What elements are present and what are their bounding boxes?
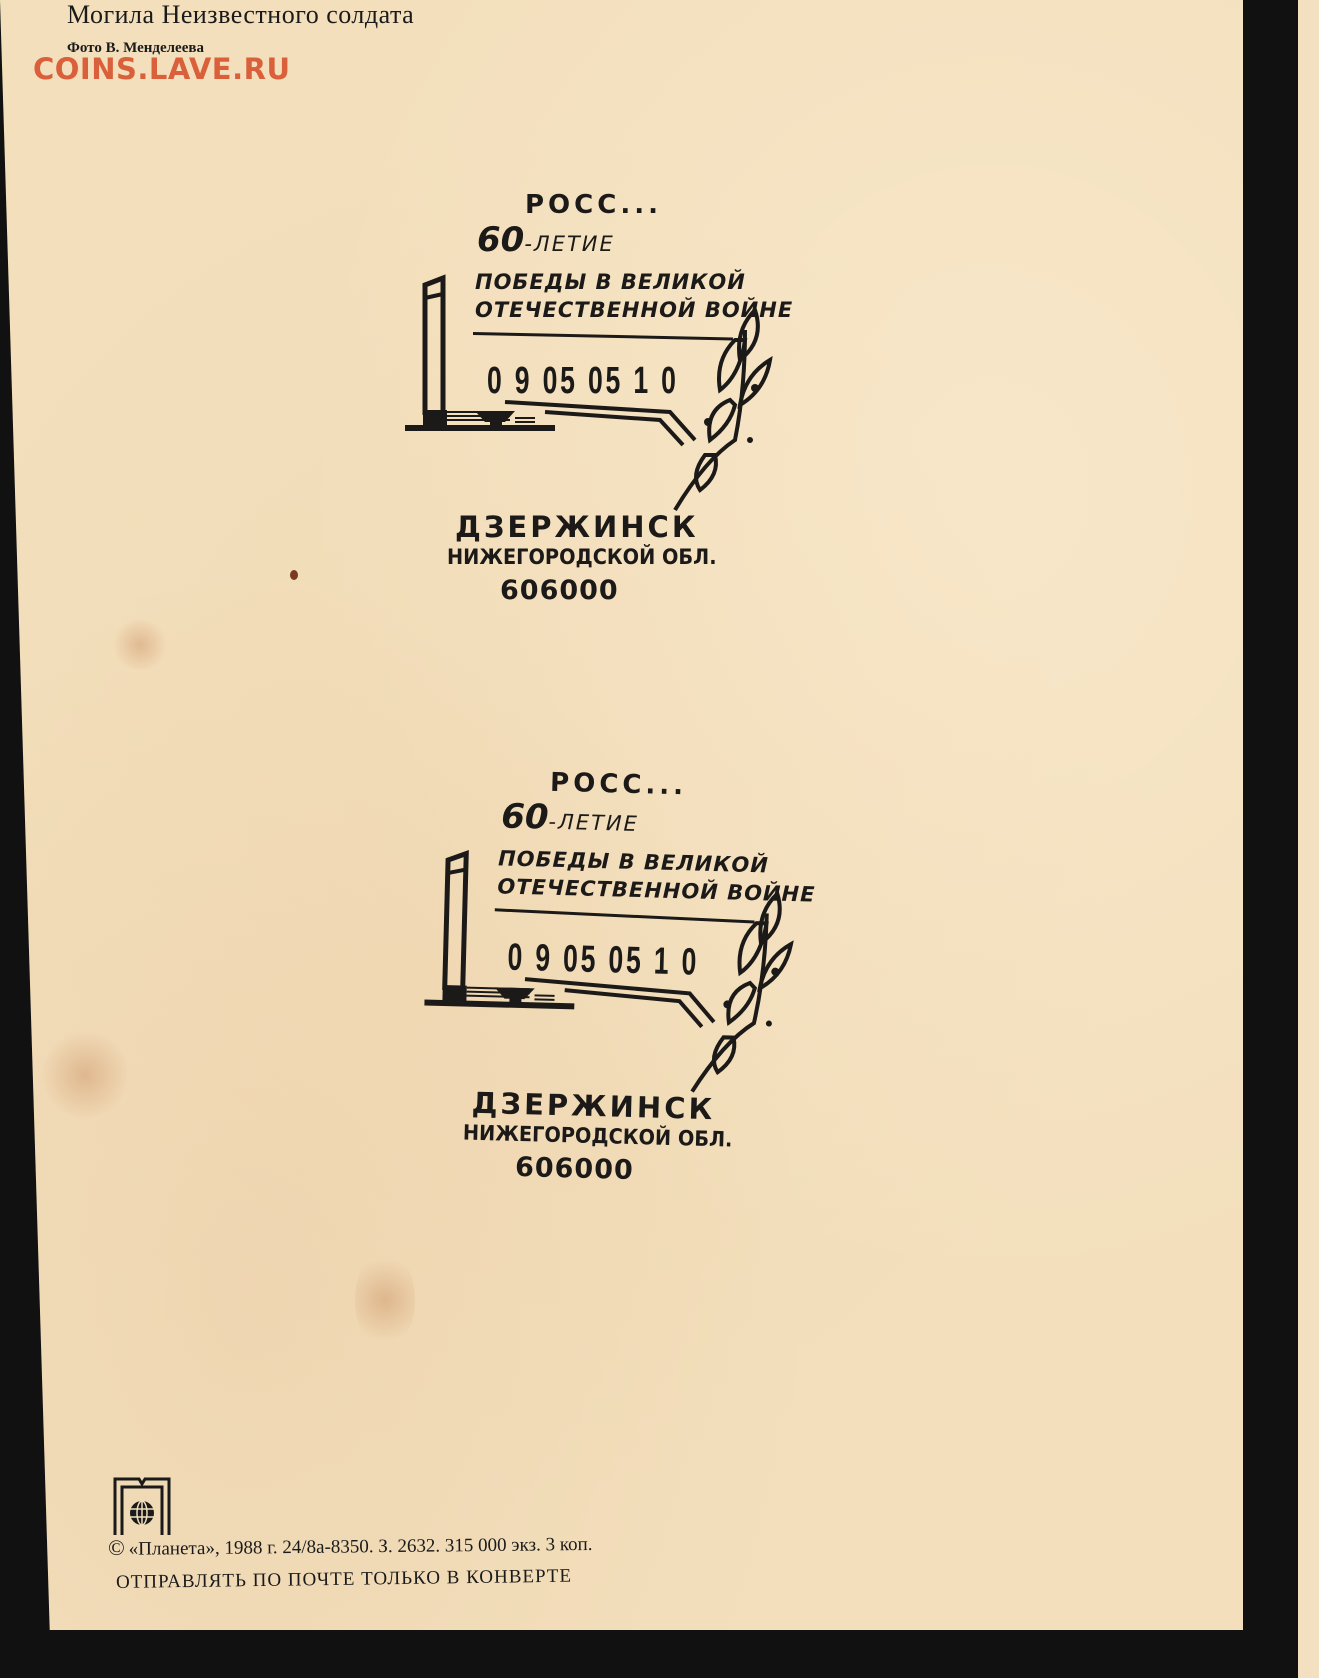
postmark-postcode: 606000	[500, 575, 619, 606]
copyright-icon: ©	[108, 1535, 125, 1560]
publisher-imprint: ©«Планета», 1988 г. 24/8а-8350. З. 2632.…	[108, 1530, 593, 1561]
postmark-line-2: ОТЕЧЕСТВЕННОЙ ВОЙНЕ	[475, 298, 793, 322]
postmark-line-1: ПОБЕДЫ В ВЕЛИКОЙ	[475, 270, 746, 294]
stain	[355, 1250, 415, 1350]
postmark-country: РОСС...	[550, 768, 688, 802]
postmark-date: 0 9 05 05 1 0	[487, 360, 679, 403]
anniversary-suffix: -ЛЕТИЕ	[524, 232, 614, 256]
postmark-stamp: РОСС... 60-ЛЕТИЕ ПОБЕДЫ В ВЕЛИКОЙ ОТЕЧЕС…	[420, 765, 851, 1196]
site-watermark: COINS.LAVE.RU	[33, 52, 291, 86]
postmark-postcode: 606000	[515, 1152, 635, 1186]
anniversary-suffix: -ЛЕТИЕ	[548, 810, 639, 836]
mailing-notice: ОТПРАВЛЯТЬ ПО ПОЧТЕ ТОЛЬКО В КОНВЕРТЕ	[116, 1566, 572, 1594]
planeta-logo-icon	[112, 1475, 172, 1537]
postmark-country: РОСС...	[525, 190, 662, 220]
ink-dot	[290, 570, 298, 580]
postmark-anniversary: 60-ЛЕТИЕ	[501, 796, 640, 840]
imprint-text: «Планета», 1988 г. 24/8а-8350. З. 2632. …	[129, 1534, 593, 1560]
postmark-date: 0 9 05 05 1 0	[507, 937, 700, 985]
postcard-back: Могила Неизвестного солдата Фото В. Менд…	[0, 0, 1243, 1630]
adjacent-paper-edge	[1298, 0, 1319, 1678]
postmark-city: ДЗЕРЖИНСК	[471, 1086, 715, 1126]
postcard-title: Могила Неизвестного солдата	[67, 0, 414, 30]
postmark-anniversary: 60-ЛЕТИЕ	[477, 220, 615, 260]
postmark-stamp: РОСС... 60-ЛЕТИЕ ПОБЕДЫ В ВЕЛИКОЙ ОТЕЧЕС…	[405, 190, 825, 610]
anniversary-number: 60	[477, 220, 524, 260]
postmark-region: НИЖЕГОРОДСКОЙ ОБЛ.	[447, 545, 717, 569]
stain	[110, 620, 170, 670]
stain	[40, 1030, 130, 1120]
postmark-city: ДЗЕРЖИНСК	[455, 510, 699, 544]
anniversary-number: 60	[501, 796, 549, 837]
